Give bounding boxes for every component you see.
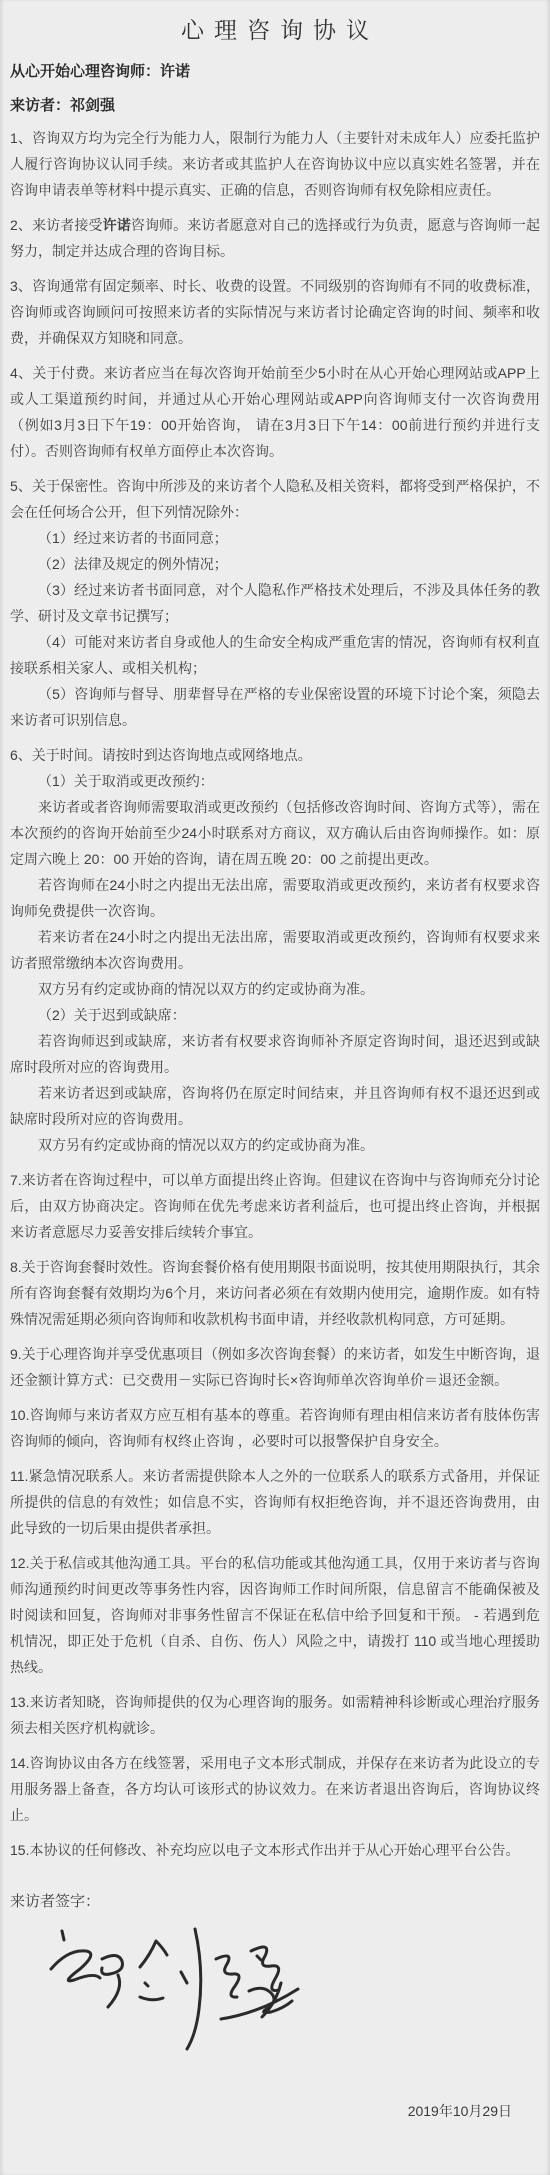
agreement-paragraph: 11.紧急情况联系人。来访者需提供除本人之外的一位联系人的联系方式备用，并保证所…: [10, 1463, 540, 1541]
paragraph-text: 15.本协议的任何修改、补充均应以电子文本形式作出并于从心开始心理平台公告。: [10, 1842, 519, 1858]
agreement-paragraph: （1）经过来访者的书面同意；: [10, 525, 540, 551]
agreement-paragraph: 4、关于付费。来访者应当在每次咨询开始前至少5小时在从心开始心理网站或APP上或…: [10, 360, 540, 464]
paragraph-text: 双方另有约定或协商的情况以双方的约定或协商为准。: [38, 1137, 374, 1153]
agreement-date: 2019年10月29日: [10, 2101, 540, 2121]
agreement-paragraph: 3、咨询通常有固定频率、时长、收费的设置。不同级别的咨询师有不同的收费标准，咨询…: [10, 273, 540, 351]
agreement-paragraph: 若来访者迟到或缺席，咨询将仍在原定时间结束，并且咨询师有权不退还迟到或缺席时段所…: [10, 1080, 540, 1132]
paragraph-text: （4）可能对来访者自身或他人的生命安全构成严重危害的情况，咨询师有权利直接联系相…: [10, 634, 540, 676]
paragraph-text: 双方另有约定或协商的情况以双方的约定或协商为准。: [38, 981, 374, 997]
agreement-paragraph: 双方另有约定或协商的情况以双方的约定或协商为准。: [10, 976, 540, 1002]
paragraph-text: 7.来访者在咨询过程中，可以单方面提出终止咨询。但建议在咨询中与咨询师充分讨论后…: [10, 1172, 540, 1240]
paragraph-text: 14.咨询协议由各方在线签署，采用电子文本形式制成，并保存在来访者为此设立的专用…: [10, 1755, 540, 1823]
agreement-paragraph: 1、咨询双方均为完全行为能力人，限制行为能力人（主要针对未成年人）应委托监护人履…: [10, 125, 540, 203]
agreement-paragraph: （5）咨询师与督导、朋辈督导在严格的专业保密设置的环境下讨论个案，须隐去来访者可…: [10, 681, 540, 733]
agreement-paragraph: 2、来访者接受许诺咨询师。来访者愿意对自己的选择或行为负责，愿意与咨询师一起努力…: [10, 212, 540, 264]
paragraph-text: （2）法律及规定的例外情况；: [38, 556, 228, 572]
agreement-paragraph: 6、关于时间。请按时到达咨询地点或网络地点。: [10, 742, 540, 768]
paragraph-text: 来访者或者咨询师需要取消或更改预约（包括修改咨询时间、咨询方式等），需在本次预约…: [10, 799, 540, 867]
agreement-paragraph: 15.本协议的任何修改、补充均应以电子文本形式作出并于从心开始心理平台公告。: [10, 1837, 540, 1863]
paragraph-text: 6、关于时间。请按时到达咨询地点或网络地点。: [10, 747, 312, 763]
agreement-paragraph: 9.关于心理咨询并享受优惠项目（例如多次咨询套餐）的来访者，如发生中断咨询，退还…: [10, 1341, 540, 1393]
paragraph-text: 12.关于私信或其他沟通工具。平台的私信功能或其他沟通工具，仅用于来访者与咨询师…: [10, 1555, 540, 1675]
agreement-paragraph: 14.咨询协议由各方在线签署，采用电子文本形式制成，并保存在来访者为此设立的专用…: [10, 1750, 540, 1828]
signature-label: 来访者签字：: [10, 1891, 540, 1913]
visitor-name-line: 来访者：祁剑强: [10, 96, 540, 116]
agreement-paragraph: （1）关于取消或更改预约：: [10, 768, 540, 794]
page-title: 心理咨询协议: [10, 14, 540, 46]
agreement-paragraph: 7.来访者在咨询过程中，可以单方面提出终止咨询。但建议在咨询中与咨询师充分讨论后…: [10, 1167, 540, 1245]
paragraph-text: 2、来访者接受: [10, 217, 103, 233]
agreement-paragraph: （2）关于迟到或缺席：: [10, 1002, 540, 1028]
agreement-paragraph: 若咨询师在24小时之内提出无法出席，需要取消或更改预约，来访者有权要求咨询师免费…: [10, 872, 540, 924]
paragraph-text: 4、关于付费。来访者应当在每次咨询开始前至少5小时在从心开始心理网站或APP上或…: [10, 365, 540, 459]
counselor-name-line: 从心开始心理咨询师：许诺: [10, 62, 540, 82]
agreement-paragraph: 若咨询师迟到或缺席，来访者有权要求咨询师补齐原定咨询时间，退还迟到或缺席时段所对…: [10, 1028, 540, 1080]
highlighted-counselor-name: 许诺: [103, 217, 131, 233]
agreement-document: 心理咨询协议 从心开始心理咨询师：许诺 来访者：祁剑强 1、咨询双方均为完全行为…: [0, 0, 550, 2175]
paragraph-text: 8.关于咨询套餐时效性。咨询套餐价格有使用期限书面说明，按其使用期限执行，其余所…: [10, 1259, 540, 1327]
signature-handwriting-image: 祁剑强: [38, 1927, 328, 2067]
paragraph-text: 若咨询师在24小时之内提出无法出席，需要取消或更改预约，来访者有权要求咨询师免费…: [10, 877, 540, 919]
paragraph-text: 3、咨询通常有固定频率、时长、收费的设置。不同级别的咨询师有不同的收费标准，咨询…: [10, 278, 540, 346]
paragraph-text: 13.来访者知晓，咨询师提供的仅为心理咨询的服务。如需精神科诊断或心理治疗服务须…: [10, 1694, 540, 1736]
agreement-paragraph: 来访者或者咨询师需要取消或更改预约（包括修改咨询时间、咨询方式等），需在本次预约…: [10, 794, 540, 872]
agreement-body: 1、咨询双方均为完全行为能力人，限制行为能力人（主要针对未成年人）应委托监护人履…: [10, 125, 540, 1863]
paragraph-text: （5）咨询师与督导、朋辈督导在严格的专业保密设置的环境下讨论个案，须隐去来访者可…: [10, 686, 540, 728]
paragraph-text: 若来访者迟到或缺席，咨询将仍在原定时间结束，并且咨询师有权不退还迟到或缺席时段所…: [10, 1085, 540, 1127]
agreement-paragraph: 双方另有约定或协商的情况以双方的约定或协商为准。: [10, 1132, 540, 1158]
paragraph-text: 5、关于保密性。咨询中所涉及的来访者个人隐私及相关资料，都将受到严格保护，不会在…: [10, 478, 540, 520]
agreement-paragraph: 10.咨询师与来访者双方应互相有基本的尊重。若咨询师有理由相信来访者有肢体伤害咨…: [10, 1402, 540, 1454]
agreement-paragraph: 5、关于保密性。咨询中所涉及的来访者个人隐私及相关资料，都将受到严格保护，不会在…: [10, 473, 540, 525]
paragraph-text: 若来访者在24小时之内提出无法出席，需要取消或更改预约，咨询师有权要求来访者照常…: [10, 929, 540, 971]
agreement-paragraph: 13.来访者知晓，咨询师提供的仅为心理咨询的服务。如需精神科诊断或心理治疗服务须…: [10, 1689, 540, 1741]
paragraph-text: 11.紧急情况联系人。来访者需提供除本人之外的一位联系人的联系方式备用，并保证所…: [10, 1468, 540, 1536]
paragraph-text: （1）关于取消或更改预约：: [38, 773, 214, 789]
paragraph-text: （2）关于迟到或缺席：: [38, 1007, 186, 1023]
agreement-paragraph: （3）经过来访者书面同意，对个人隐私作严格技术处理后，不涉及具体任务的教学、研讨…: [10, 577, 540, 629]
agreement-paragraph: 8.关于咨询套餐时效性。咨询套餐价格有使用期限书面说明，按其使用期限执行，其余所…: [10, 1254, 540, 1332]
paragraph-text: （1）经过来访者的书面同意；: [38, 530, 228, 546]
signature-area: 祁剑强: [38, 1927, 328, 2067]
paragraph-text: 9.关于心理咨询并享受优惠项目（例如多次咨询套餐）的来访者，如发生中断咨询，退还…: [10, 1346, 540, 1388]
paragraph-text: 若咨询师迟到或缺席，来访者有权要求咨询师补齐原定咨询时间，退还迟到或缺席时段所对…: [10, 1033, 540, 1075]
paragraph-text: （3）经过来访者书面同意，对个人隐私作严格技术处理后，不涉及具体任务的教学、研讨…: [10, 582, 540, 624]
agreement-paragraph: 若来访者在24小时之内提出无法出席，需要取消或更改预约，咨询师有权要求来访者照常…: [10, 924, 540, 976]
paragraph-text: 10.咨询师与来访者双方应互相有基本的尊重。若咨询师有理由相信来访者有肢体伤害咨…: [10, 1407, 540, 1449]
agreement-paragraph: （4）可能对来访者自身或他人的生命安全构成严重危害的情况，咨询师有权利直接联系相…: [10, 629, 540, 681]
agreement-paragraph: 12.关于私信或其他沟通工具。平台的私信功能或其他沟通工具，仅用于来访者与咨询师…: [10, 1550, 540, 1680]
agreement-paragraph: （2）法律及规定的例外情况；: [10, 551, 540, 577]
paragraph-text: 1、咨询双方均为完全行为能力人，限制行为能力人（主要针对未成年人）应委托监护人履…: [10, 130, 540, 198]
